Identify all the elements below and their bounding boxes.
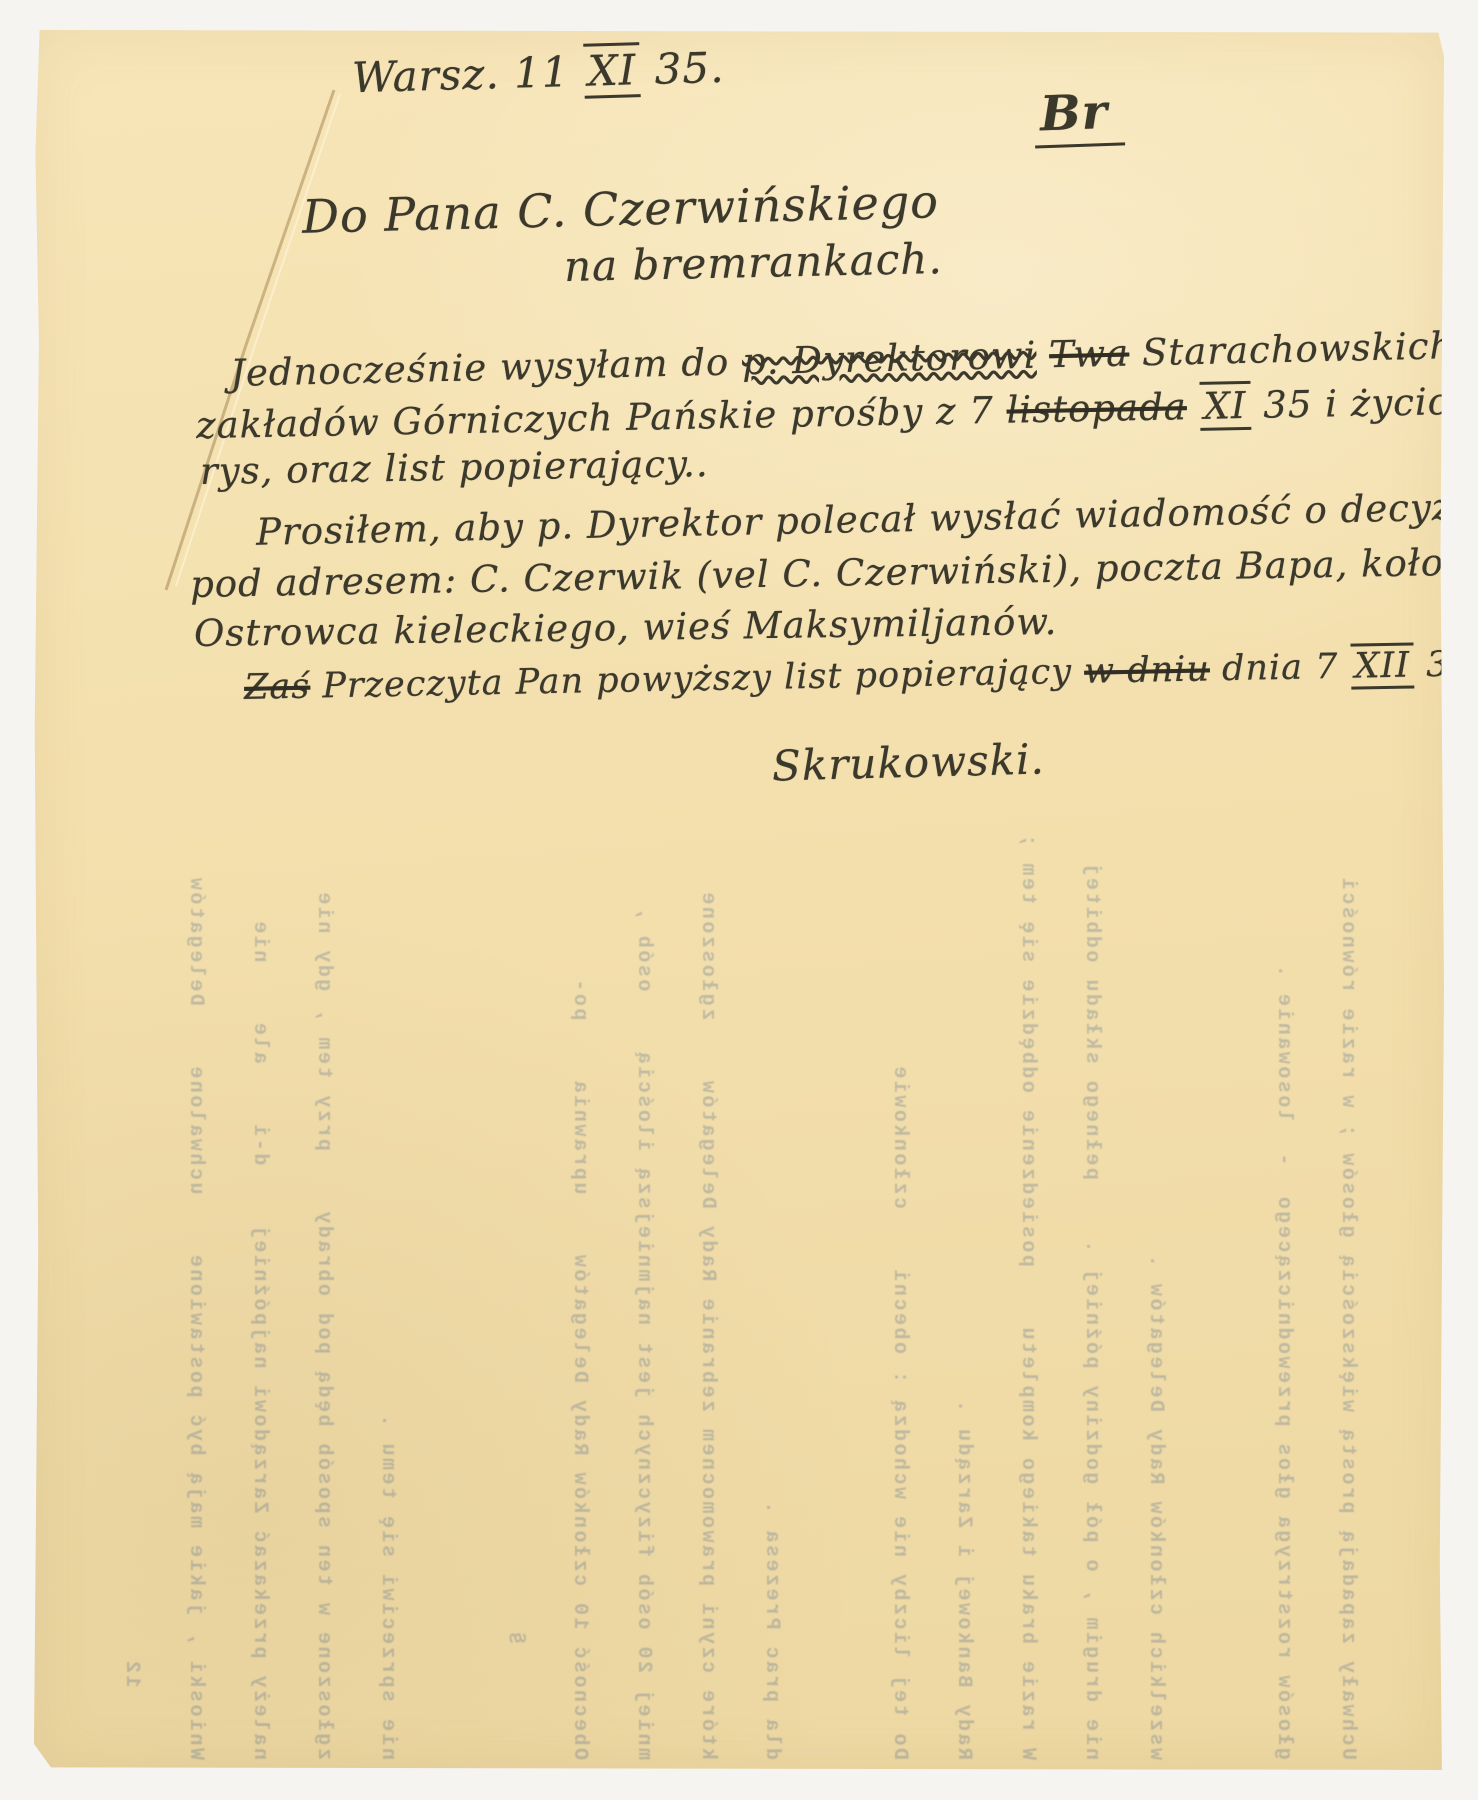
bleedthrough-line: Uchwały zapadają prostą większością głos… bbox=[1315, 40, 1379, 1760]
bleedthrough-line: nie sprzeciwi się temu . bbox=[355, 40, 419, 1760]
bleedthrough-line: wszelkich członków Rady Delegatów . bbox=[1123, 40, 1187, 1760]
bleedthrough-line: zgłoszone w ten sposób będą pod obrady p… bbox=[291, 40, 355, 1760]
bleedthrough-line: dla prac Prezesa . bbox=[739, 40, 803, 1760]
date-suffix: 35. bbox=[640, 43, 725, 94]
bleedthrough-line: 12 bbox=[99, 40, 163, 1760]
bleedthrough-line: należy przekazać Zarządowi najpóźniej d-… bbox=[227, 40, 291, 1760]
bleedthrough-line: Rady Bankowej i Zarządu . bbox=[931, 40, 995, 1760]
body-2-month-roman: XI bbox=[1199, 381, 1251, 431]
recipient-line-2: na bremrankach. bbox=[564, 234, 944, 291]
paper-sheet: Uchwały zapadają prostą większością głos… bbox=[34, 30, 1444, 1770]
body-1-crossed-out-2: Twa bbox=[1049, 331, 1130, 376]
bleedthrough-text: Uchwały zapadają prostą większością głos… bbox=[99, 40, 1379, 1760]
body-1-seg-5: Starachowskich bbox=[1129, 324, 1444, 374]
body-7-seg-6: 35. bbox=[1414, 644, 1444, 685]
signature: Skrukowski. bbox=[771, 734, 1045, 790]
body-7-crossed-out-2: w dniu bbox=[1084, 649, 1211, 691]
body-1-seg-3 bbox=[1036, 333, 1050, 376]
body-2-seg-5: 35 i życio- bbox=[1250, 380, 1444, 427]
bleedthrough-line: Wnioski , jakie mają być postawione uchw… bbox=[163, 40, 227, 1760]
body-7-month-roman: XII bbox=[1350, 642, 1414, 689]
annotation-initials: Br bbox=[1033, 83, 1125, 148]
bleedthrough-line: które czyni prawomocnem zebranie Rady De… bbox=[675, 40, 739, 1760]
date-month-roman: XI bbox=[583, 42, 641, 99]
bleedthrough-line bbox=[803, 40, 867, 1760]
bleedthrough-line: mniej 20 osób fizycznych jest najmniejsz… bbox=[611, 40, 675, 1760]
body-2-crossed-out: listopada bbox=[1006, 385, 1187, 431]
bleedthrough-line bbox=[419, 40, 483, 1760]
top-right-annotation: Br bbox=[1033, 83, 1125, 142]
bleedthrough-line: Do tej liczby nie wchodzą : obecni człon… bbox=[867, 40, 931, 1760]
bleedthrough-line: głosów rozstrzyga głos przewodniczącego … bbox=[1251, 40, 1315, 1760]
body-1-crossed-out-1: p. Dyrektorowi bbox=[742, 334, 1037, 384]
scanned-letter-page: { "colors": { "paper": "#f3e0ad", "backg… bbox=[0, 0, 1478, 1800]
bleedthrough-line: nie drugim , o pół godziny później . peł… bbox=[1059, 40, 1123, 1760]
date-line: Warsz. 11 XI 35. bbox=[351, 43, 725, 102]
bleedthrough-line: Obecność 10 członków Rady Delegatów upra… bbox=[547, 40, 611, 1760]
date-prefix: Warsz. 11 bbox=[351, 47, 584, 102]
bleedthrough-line: § bbox=[483, 40, 547, 1760]
body-2-seg-3 bbox=[1186, 385, 1200, 428]
body-7-seg-4: dnia 7 bbox=[1210, 647, 1351, 690]
body-7-crossed-out-1: Zaś bbox=[244, 667, 311, 708]
body-line-3: rys, oraz list popierający.. bbox=[200, 442, 709, 493]
bleedthrough-line bbox=[1187, 40, 1251, 1760]
bleedthrough-line: W razie braku takiego kompletu posiedzen… bbox=[995, 40, 1059, 1760]
